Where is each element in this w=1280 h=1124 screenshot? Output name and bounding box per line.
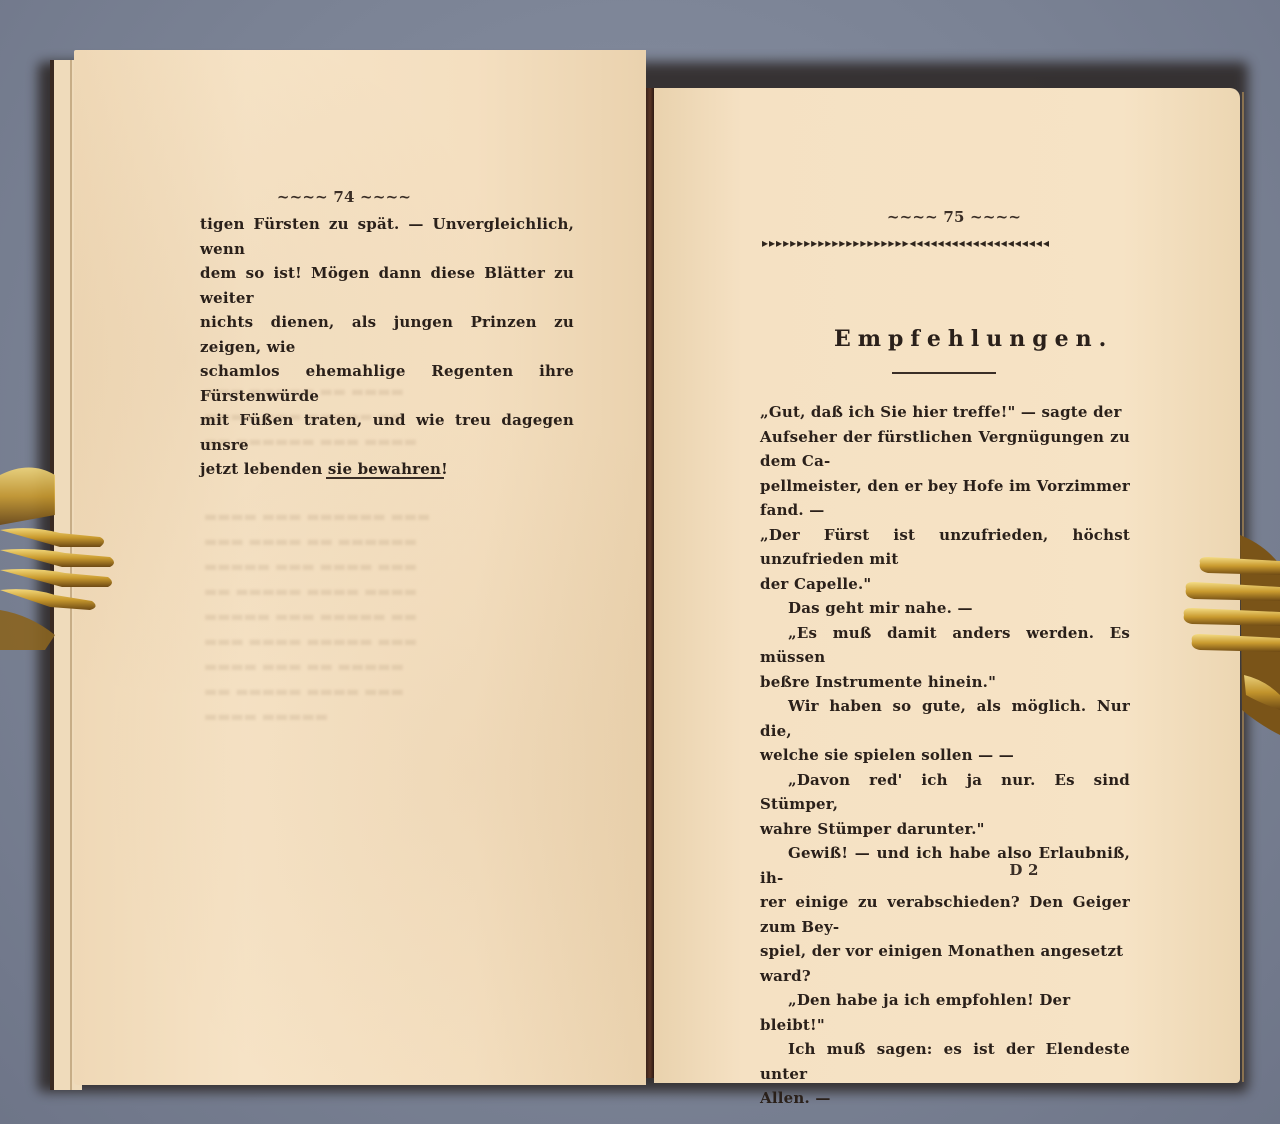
text-line: Wir haben so gute, als möglich. Nur die, <box>760 694 1130 743</box>
book-gutter <box>646 88 654 1078</box>
text-line: dem so ist! Mögen dann diese Blätter zu … <box>200 261 574 310</box>
right-page: ~~~~ 75 ~~~~ ▸▸▸▸▸▸▸▸▸▸▸▸▸▸▸▸▸▸▸▸▸◂◂◂◂◂◂… <box>654 88 1240 1083</box>
text-line: rer einige zu verabschieden? Den Geiger … <box>760 890 1130 939</box>
gold-hand-holder-left <box>0 455 130 655</box>
text-line: Allen. — <box>760 1086 1130 1111</box>
page-number-75: ~~~~ 75 ~~~~ <box>834 208 1074 226</box>
gold-hand-holder-right <box>1180 525 1280 745</box>
text-line: Aufseher der fürstlichen Vergnügungen zu… <box>760 425 1130 474</box>
text-line: nichts dienen, als jungen Prinzen zu zei… <box>200 310 574 359</box>
text-line: „Den habe ja ich empfohlen! Der bleibt!" <box>760 988 1130 1037</box>
chapter-title: Empfehlungen. <box>834 326 1094 352</box>
text-line: Gewiß! — und ich habe also Erlaubniß, ih… <box>760 841 1130 890</box>
ornament-row: ▸▸▸▸▸▸▸▸▸▸▸▸▸▸▸▸▸▸▸▸▸◂◂◂◂◂◂◂◂◂◂◂◂◂◂◂◂◂◂◂… <box>762 236 1132 250</box>
bleed-through-text: ▬▬▬ ▬▬▬▬▬ ▬▬ ▬▬▬▬▬▬▬▬ ▬▬▬ ▬▬▬▬▬ ▬▬▬▬ ▬▬▬… <box>204 380 584 730</box>
title-divider <box>892 372 996 374</box>
text-line: welche sie spielen sollen — — <box>760 743 1130 768</box>
text-line: pellmeister, den er bey Hofe im Vorzimme… <box>760 474 1130 523</box>
right-page-text: „Gut, daß ich Sie hier treffe!" — sagte … <box>760 400 1130 1111</box>
text-line: Ich muß sagen: es ist der Elendeste unte… <box>760 1037 1130 1086</box>
text-line: der Capelle." <box>760 572 1130 597</box>
text-line: beßre Instrumente hinein." <box>760 670 1130 695</box>
text-line: „Der Fürst ist unzufrieden, höchst unzuf… <box>760 523 1130 572</box>
text-line: „Es muß damit anders werden. Es müssen <box>760 621 1130 670</box>
text-line: Das geht mir nahe. — <box>760 596 1130 621</box>
text-line: wahre Stümper darunter." <box>760 817 1130 842</box>
left-page: ~~~~ 74 ~~~~ tigen Fürsten zu spät. — Un… <box>74 50 646 1085</box>
text-line: tigen Fürsten zu spät. — Unvergleichlich… <box>200 212 574 261</box>
page-number-74: ~~~~ 74 ~~~~ <box>194 188 494 206</box>
text-line: „Gut, daß ich Sie hier treffe!" — sagte … <box>760 400 1130 425</box>
text-line: spiel, der vor einigen Monathen angesetz… <box>760 939 1130 988</box>
signature-mark: D 2 <box>994 861 1054 879</box>
text-line: „Davon red' ich ja nur. Es sind Stümper, <box>760 768 1130 817</box>
